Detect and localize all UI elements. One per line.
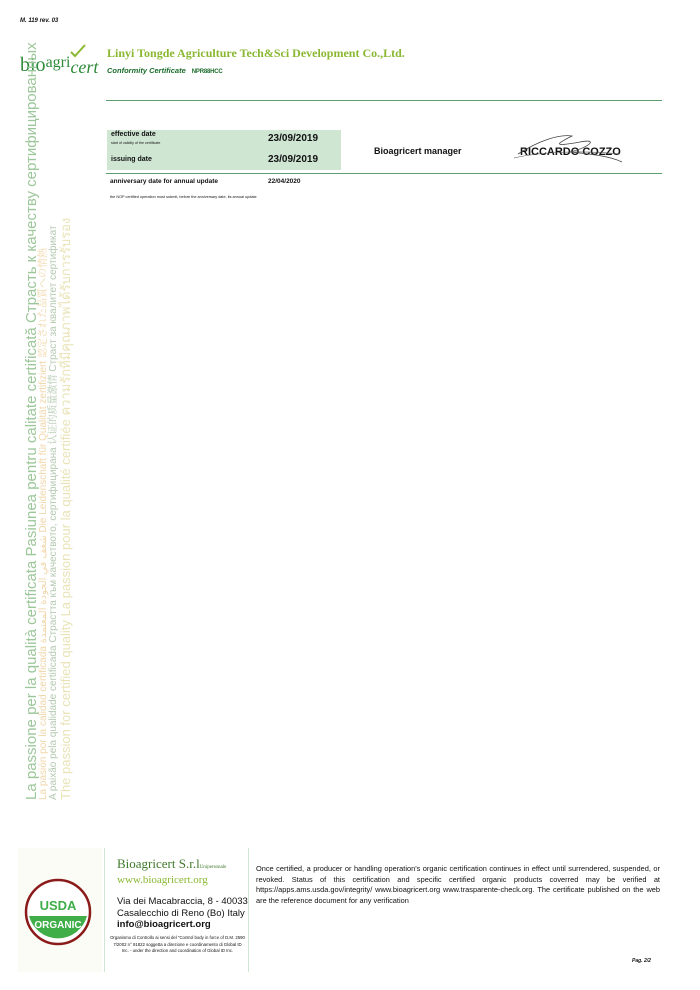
footer-website-link[interactable]: www.bioagricert.org xyxy=(117,874,208,886)
footer-divider xyxy=(104,848,105,972)
form-code: M. 119 rev. 03 xyxy=(20,18,58,24)
certificate-label-row: Conformity CertificateNPR88HCC xyxy=(107,66,223,75)
signature-scribble-icon xyxy=(510,130,630,164)
footer-address: Via dei Macabraccia, 8 - 40033 Casalecch… xyxy=(117,896,248,920)
svg-text:USDA: USDA xyxy=(40,898,77,913)
footer-organismo-note: Organismo di Controllo ai sensi del "Con… xyxy=(110,935,245,955)
multilingual-watermark: La passione per la qualità certificata P… xyxy=(24,42,72,800)
checkmark-icon xyxy=(70,44,86,58)
anniversary-date-label: anniversary date for annual update xyxy=(110,178,218,185)
footer-company: Bioagricert S.r.lUnipersonale xyxy=(117,856,226,872)
certification-disclaimer: Once certified, a producer or handling o… xyxy=(256,864,660,906)
page-number: Pag. 2/2 xyxy=(632,958,651,964)
issuing-date-label: issuing date xyxy=(111,156,152,163)
footer-divider xyxy=(248,848,249,972)
usda-organic-seal-icon: USDA ORGANIC xyxy=(24,878,92,946)
signer-role: Bioagricert manager xyxy=(374,146,462,156)
certificate-label: Conformity Certificate xyxy=(107,66,186,75)
effective-date-value: 23/09/2019 xyxy=(268,133,318,144)
watermark-line: The passion for certified quality La pas… xyxy=(59,42,72,800)
annual-update-note: the NOP certified operation must submit,… xyxy=(110,195,257,199)
anniversary-date-value: 22/04/2020 xyxy=(268,178,301,185)
effective-date-sublabel: start of validity of the certificate xyxy=(111,141,160,145)
footer-email-link[interactable]: info@bioagricert.org xyxy=(117,919,211,930)
effective-date-label: effective date xyxy=(111,131,156,138)
dates-divider xyxy=(106,173,662,174)
svg-text:ORGANIC: ORGANIC xyxy=(34,920,81,931)
company-name: Linyi Tongde Agriculture Tech&Sci Develo… xyxy=(107,46,405,61)
header-divider xyxy=(106,100,662,101)
issuing-date-value: 23/09/2019 xyxy=(268,154,318,165)
certificate-code: NPR88HCC xyxy=(192,69,223,75)
watermark-line: La passione per la qualità certificata P… xyxy=(24,42,39,800)
